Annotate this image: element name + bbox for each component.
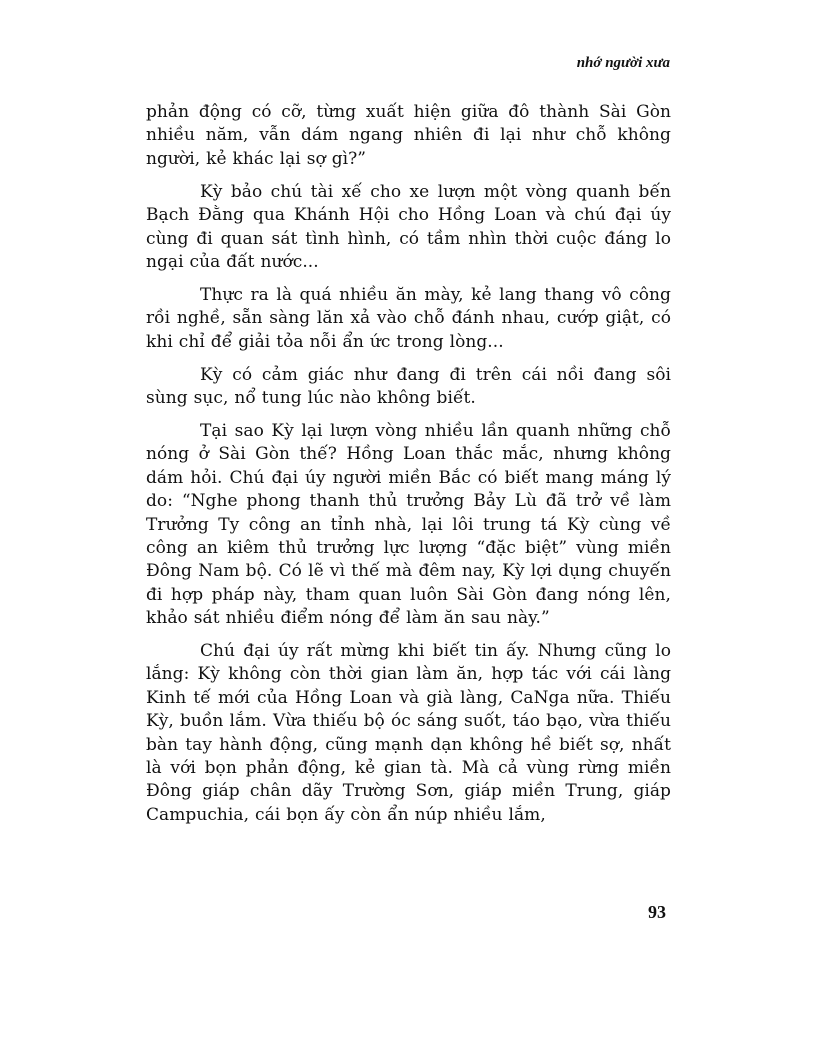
running-header-title: nhớ người xưa xyxy=(577,55,670,72)
paragraph-6: Chú đại úy rất mừng khi biết tin ấy. Như… xyxy=(146,640,671,827)
page-number: 93 xyxy=(648,902,666,923)
page-body-text: phản động có cỡ, từng xuất hiện giữa đô … xyxy=(146,101,671,837)
paragraph-4: Kỳ có cảm giác như đang đi trên cái nồi … xyxy=(146,364,671,411)
paragraph-5: Tại sao Kỳ lại lượn vòng nhiều lần quanh… xyxy=(146,420,671,631)
paragraph-3: Thực ra là quá nhiều ăn mày, kẻ lang tha… xyxy=(146,284,671,354)
paragraph-1: phản động có cỡ, từng xuất hiện giữa đô … xyxy=(146,101,671,171)
paragraph-2: Kỳ bảo chú tài xế cho xe lượn một vòng q… xyxy=(146,181,671,275)
